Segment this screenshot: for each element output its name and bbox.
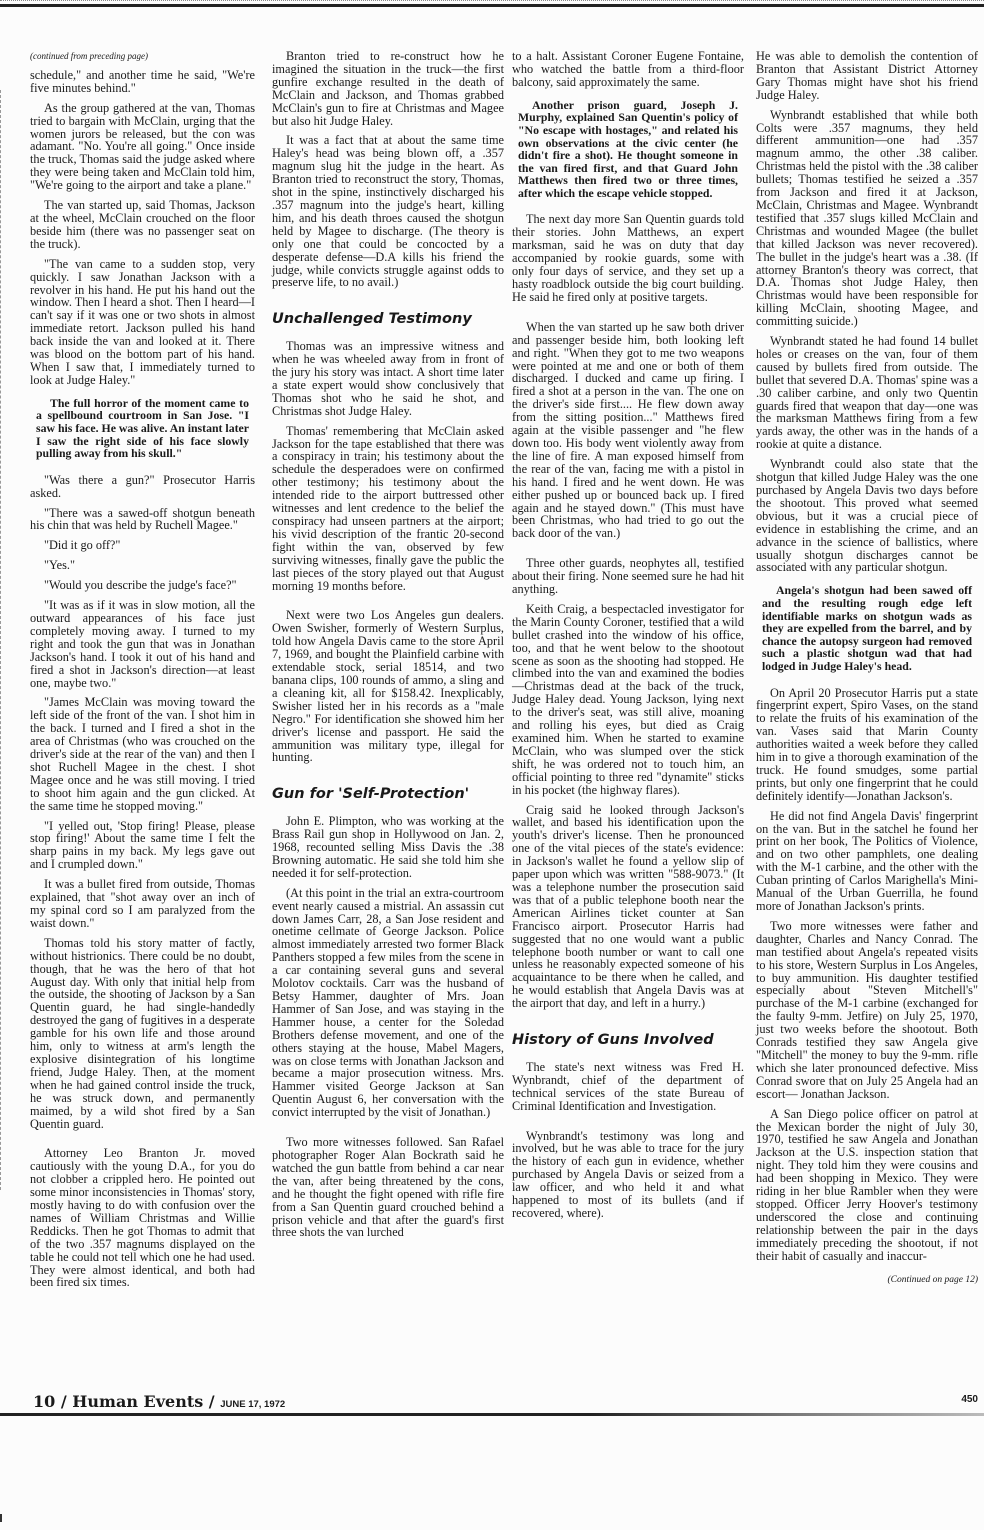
- top-rule: [0, 4, 984, 7]
- paragraph: A San Diego police officer on patrol at …: [756, 1108, 978, 1263]
- paragraph: Two more witnesses followed. San Rafael …: [272, 1136, 504, 1239]
- section-heading: History of Guns Involved: [512, 1034, 744, 1047]
- paragraph: "The van came to a sudden stop, very qui…: [30, 258, 255, 387]
- paragraph: "Would you describe the judge's face?": [30, 579, 255, 592]
- paragraph: Thomas' remembering that McClain asked J…: [272, 425, 504, 593]
- folio-number: 450: [961, 1394, 978, 1405]
- pull-quote: Angela's shotgun had been sawed off and …: [762, 584, 972, 672]
- paragraph: On April 20 Prosecutor Harris put a stat…: [756, 687, 978, 803]
- column-4: He was able to demolish the contention o…: [756, 50, 978, 1294]
- paragraph: "Was there a gun?" Prosecutor Harris ask…: [30, 474, 255, 500]
- paragraph: Attorney Leo Branton Jr. moved cautiousl…: [30, 1147, 255, 1289]
- paragraph: Wynbrandt's testimony was long and invol…: [512, 1130, 744, 1220]
- bottom-rule: [0, 1413, 984, 1416]
- pull-quote: Another prison guard, Joseph J. Murphy, …: [518, 99, 738, 200]
- paragraph: to a halt. Assistant Coroner Eugene Font…: [512, 50, 744, 89]
- paragraph: It was a bullet fired from outside, Thom…: [30, 878, 255, 930]
- publication-name: Human Events: [72, 1392, 203, 1411]
- paragraph: "I yelled out, 'Stop firing! Please, ple…: [30, 820, 255, 872]
- paragraph: The next day more San Quentin guards tol…: [512, 213, 744, 303]
- paragraph: "Yes.": [30, 559, 255, 572]
- paragraph: (At this point in the trial an extra-cou…: [272, 887, 504, 1119]
- scan-mark: [0, 1514, 2, 1522]
- page-number: 10: [33, 1392, 55, 1411]
- paragraph: Three other guards, neophytes all, testi…: [512, 557, 744, 596]
- column-3: to a halt. Assistant Coroner Eugene Font…: [512, 50, 744, 1227]
- paragraph: He was able to demolish the contention o…: [756, 50, 978, 102]
- paragraph: Thomas was an impressive witness and whe…: [272, 340, 504, 417]
- section-heading: Unchallenged Testimony: [272, 313, 504, 326]
- paragraph: When the van started up he saw both driv…: [512, 321, 744, 540]
- paragraph: "James McClain was moving toward the lef…: [30, 696, 255, 812]
- paragraph: It was a fact that at about the same tim…: [272, 134, 504, 289]
- paragraph: Two more witnesses were father and daugh…: [756, 920, 978, 1101]
- paragraph: "There was a sawed-off shotgun beneath h…: [30, 507, 255, 533]
- pull-quote: The full horror of the moment came to a …: [36, 397, 249, 460]
- paragraph: Branton tried to re-construct how he ima…: [272, 50, 504, 127]
- paragraph: John E. Plimpton, who was working at the…: [272, 815, 504, 880]
- page-footer: 10 / Human Events / JUNE 17, 1972 450: [0, 1392, 984, 1422]
- column-1: (continued from preceding page)schedule,…: [30, 50, 255, 1296]
- paragraph: Wynbrandt stated he had found 14 bullet …: [756, 335, 978, 451]
- footer-masthead: 10 / Human Events / JUNE 17, 1972: [33, 1392, 285, 1411]
- paragraph: Craig said he looked through Jackson's w…: [512, 804, 744, 1011]
- paragraph: Thomas told his story matter of factly, …: [30, 937, 255, 1131]
- paragraph: Wynbrandt could also state that the shot…: [756, 458, 978, 574]
- paragraph: Keith Craig, a bespectacled investigator…: [512, 603, 744, 797]
- paragraph: "Did it go off?": [30, 539, 255, 552]
- article-body: (continued from preceding page)schedule,…: [0, 50, 984, 1380]
- issue-date: JUNE 17, 1972: [220, 1399, 285, 1410]
- paragraph: The state's next witness was Fred H. Wyn…: [512, 1061, 744, 1113]
- separator: /: [61, 1392, 72, 1411]
- paragraph: Wynbrandt established that while both Co…: [756, 109, 978, 328]
- continued-on-note: (Continued on page 12): [756, 1274, 978, 1287]
- section-heading: Gun for 'Self-Protection': [272, 788, 504, 801]
- paragraph: He did not find Angela Davis' fingerprin…: [756, 810, 978, 913]
- paragraph: The van started up, said Thomas, Jackson…: [30, 199, 255, 251]
- top-border-dots: [0, 0, 984, 1]
- column-2: Branton tried to re-construct how he ima…: [272, 50, 504, 1246]
- separator: /: [209, 1392, 220, 1411]
- continued-from-note: (continued from preceding page): [30, 50, 255, 63]
- paragraph: As the group gathered at the van, Thomas…: [30, 102, 255, 192]
- paragraph: "It was as if it was in slow motion, all…: [30, 599, 255, 689]
- paragraph: Next were two Los Angeles gun dealers. O…: [272, 609, 504, 764]
- paragraph: schedule," and another time he said, "We…: [30, 69, 255, 95]
